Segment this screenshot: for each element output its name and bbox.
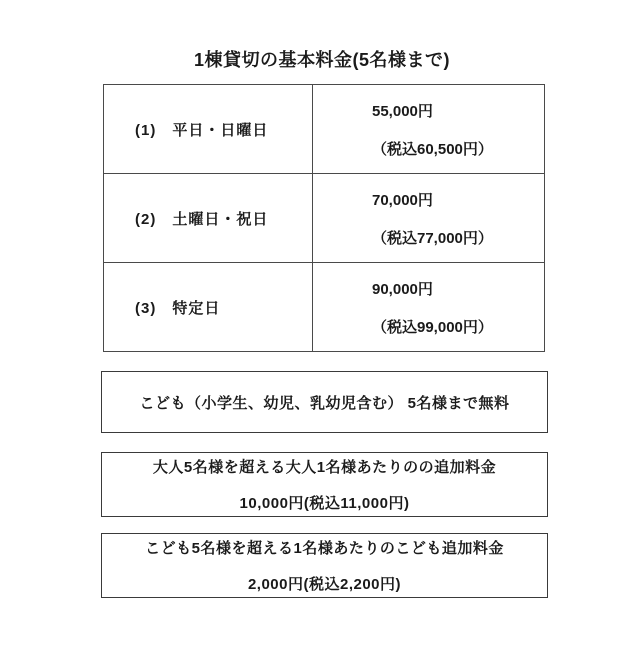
table-row-saturday-holiday: (2) 土曜日・祝日 70,000円 （税込77,000円） [104, 174, 545, 263]
tax-included-amount: （税込60,500円） [372, 138, 543, 159]
note-line: こども（小学生、幼児、乳幼児含む） 5名様まで無料 [139, 392, 509, 413]
note-line: こども5名様を超える1名様あたりのこども追加料金 [145, 537, 504, 558]
price-amount: 55,000円 [372, 100, 543, 121]
note-line: 大人5名様を超える大人1名様あたりのの追加料金 [153, 456, 496, 477]
table-row-special-day: (3) 特定日 90,000円 （税込99,000円） [104, 263, 545, 352]
price-cell: 70,000円 （税込77,000円） [313, 174, 545, 263]
price-amount: 90,000円 [372, 278, 543, 299]
day-type-label: (1) 平日・日曜日 [104, 85, 313, 174]
day-type-label: (2) 土曜日・祝日 [104, 174, 313, 263]
tax-included-amount: （税込99,000円） [372, 316, 543, 337]
adult-extra-fee-note-box: 大人5名様を超える大人1名様あたりのの追加料金 10,000円(税込11,000… [101, 452, 548, 517]
children-free-note-box: こども（小学生、幼児、乳幼児含む） 5名様まで無料 [101, 371, 548, 433]
base-price-table: (1) 平日・日曜日 55,000円 （税込60,500円） (2) 土曜日・祝… [103, 84, 545, 352]
pricing-page: 1棟貸切の基本料金(5名様まで) (1) 平日・日曜日 55,000円 （税込6… [0, 0, 644, 655]
price-cell: 90,000円 （税込99,000円） [313, 263, 545, 352]
table-row-weekday-sunday: (1) 平日・日曜日 55,000円 （税込60,500円） [104, 85, 545, 174]
note-fee-amount: 2,000円(税込2,200円) [248, 573, 401, 594]
note-fee-amount: 10,000円(税込11,000円) [240, 492, 410, 513]
tax-included-amount: （税込77,000円） [372, 227, 543, 248]
price-amount: 70,000円 [372, 189, 543, 210]
price-cell: 55,000円 （税込60,500円） [313, 85, 545, 174]
child-extra-fee-note-box: こども5名様を超える1名様あたりのこども追加料金 2,000円(税込2,200円… [101, 533, 548, 598]
base-price-table-body: (1) 平日・日曜日 55,000円 （税込60,500円） (2) 土曜日・祝… [104, 85, 545, 352]
day-type-label: (3) 特定日 [104, 263, 313, 352]
page-title: 1棟貸切の基本料金(5名様まで) [0, 46, 644, 72]
